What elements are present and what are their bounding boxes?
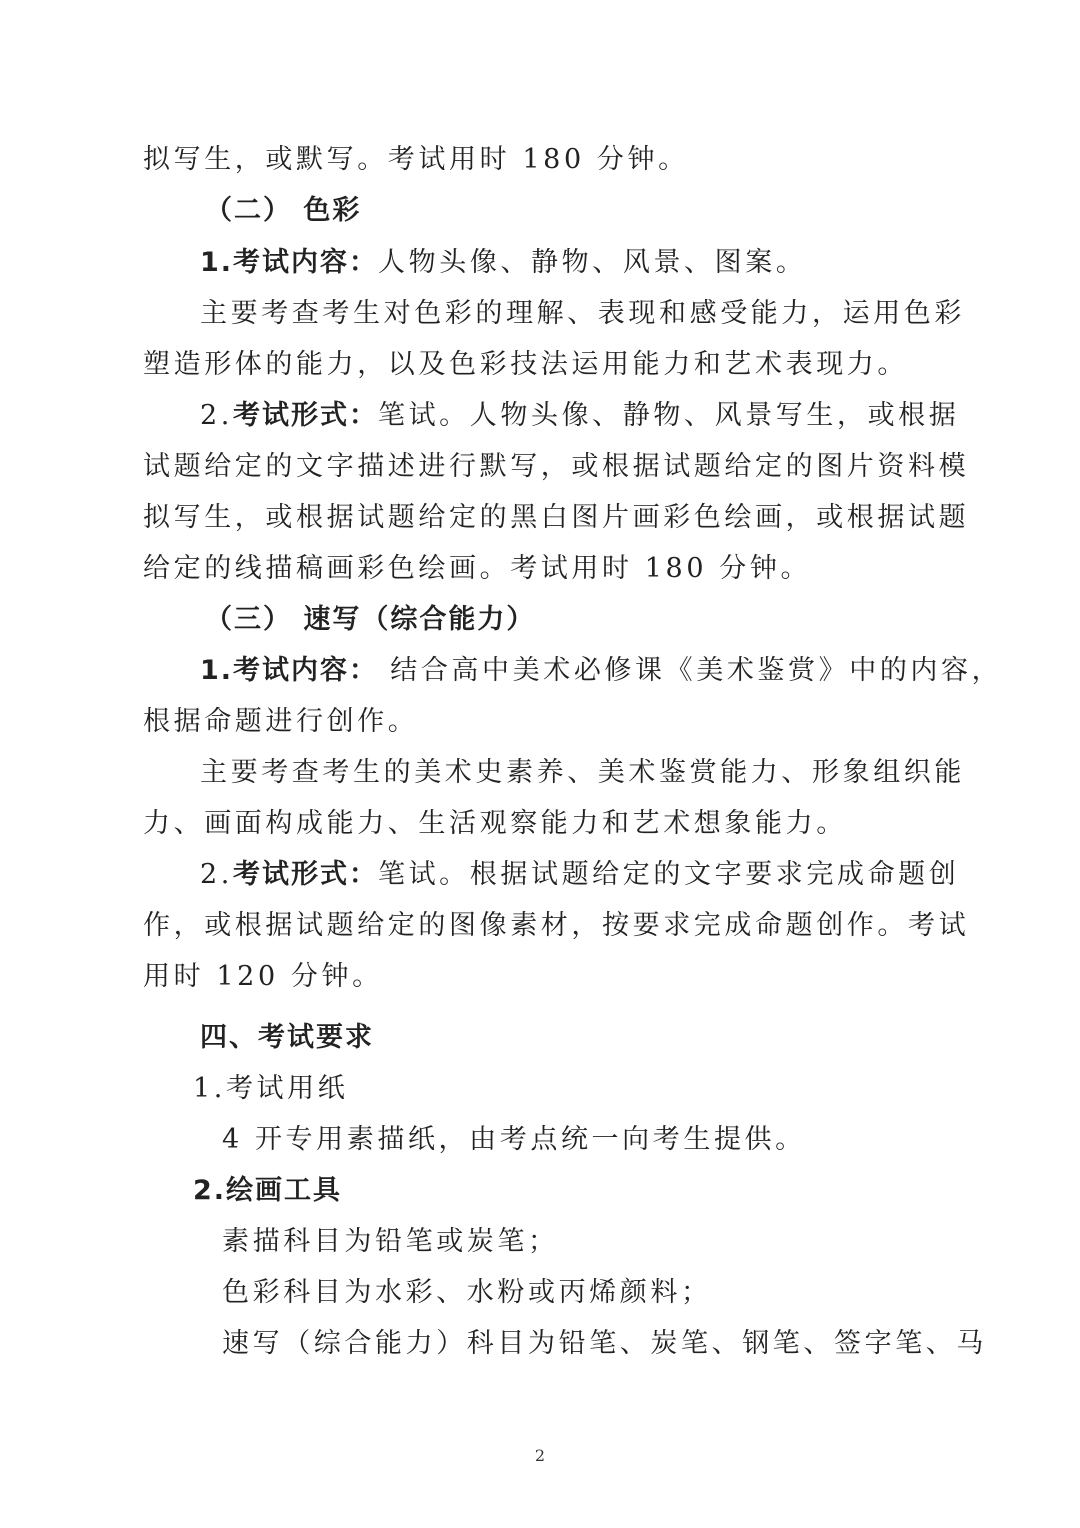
paragraph-line: 2.考试形式：笔试。根据试题给定的文字要求完成命题创 bbox=[200, 857, 959, 893]
paragraph-line: 力、画面构成能力、生活观察能力和艺术想象能力。 bbox=[143, 806, 847, 842]
item-text: 结合高中美术必修课《美术鉴赏》中的内容， bbox=[378, 655, 1002, 686]
section-heading: （二） 色彩 bbox=[205, 193, 361, 229]
paragraph-line: 1.考试内容：人物头像、静物、风景、图案。 bbox=[200, 245, 806, 281]
paragraph-line: 色彩科目为水彩、水粉或丙烯颜料； bbox=[222, 1275, 712, 1311]
section-heading: （三） 速写（综合能力） bbox=[205, 602, 535, 638]
paragraph-line: 作，或根据试题给定的图像素材，按要求完成命题创作。考试 bbox=[143, 908, 969, 944]
paragraph-line: 速写（综合能力）科目为铅笔、炭笔、钢笔、签字笔、马 bbox=[222, 1326, 987, 1362]
paragraph-line: 用时 120 分钟。 bbox=[143, 959, 383, 995]
paragraph-line: 2.考试形式：笔试。人物头像、静物、风景写生，或根据 bbox=[200, 398, 959, 434]
paragraph-line: 拟写生，或根据试题给定的黑白图片画彩色绘画，或根据试题 bbox=[143, 500, 969, 536]
paragraph-line: 4 开专用素描纸，由考点统一向考生提供。 bbox=[222, 1122, 806, 1158]
item-number: 2. bbox=[200, 400, 233, 431]
paragraph-line: 拟写生，或默写。考试用时 180 分钟。 bbox=[143, 142, 689, 178]
paragraph-line: 主要考查考生的美术史素养、美术鉴赏能力、形象组织能 bbox=[200, 755, 965, 791]
paragraph-line: 素描科目为铅笔或炭笔； bbox=[222, 1224, 559, 1260]
paragraph-line: 根据命题进行创作。 bbox=[143, 704, 418, 740]
item-number: 2. bbox=[200, 859, 233, 890]
paragraph-line: 给定的线描稿画彩色绘画。考试用时 180 分钟。 bbox=[143, 551, 811, 587]
item-label: 1.考试内容： bbox=[200, 655, 378, 686]
item-label: 考试形式： bbox=[233, 400, 378, 431]
subheading: 2.绘画工具 bbox=[193, 1173, 342, 1209]
paragraph-line: 主要考查考生对色彩的理解、表现和感受能力，运用色彩 bbox=[200, 296, 965, 332]
subheading: 1.考试用纸 bbox=[193, 1071, 348, 1107]
item-label: 考试形式： bbox=[233, 859, 378, 890]
item-text: 笔试。根据试题给定的文字要求完成命题创 bbox=[378, 859, 959, 890]
paragraph-line: 试题给定的文字描述进行默写，或根据试题给定的图片资料模 bbox=[143, 449, 969, 485]
item-text: 笔试。人物头像、静物、风景写生，或根据 bbox=[378, 400, 959, 431]
item-label: 1.考试内容： bbox=[200, 247, 378, 278]
page-number: 2 bbox=[0, 1446, 1080, 1465]
item-text: 人物头像、静物、风景、图案。 bbox=[378, 247, 806, 278]
chapter-heading: 四、考试要求 bbox=[200, 1020, 374, 1056]
paragraph-line: 1.考试内容： 结合高中美术必修课《美术鉴赏》中的内容， bbox=[200, 653, 1002, 689]
paragraph-line: 塑造形体的能力，以及色彩技法运用能力和艺术表现力。 bbox=[143, 347, 908, 383]
